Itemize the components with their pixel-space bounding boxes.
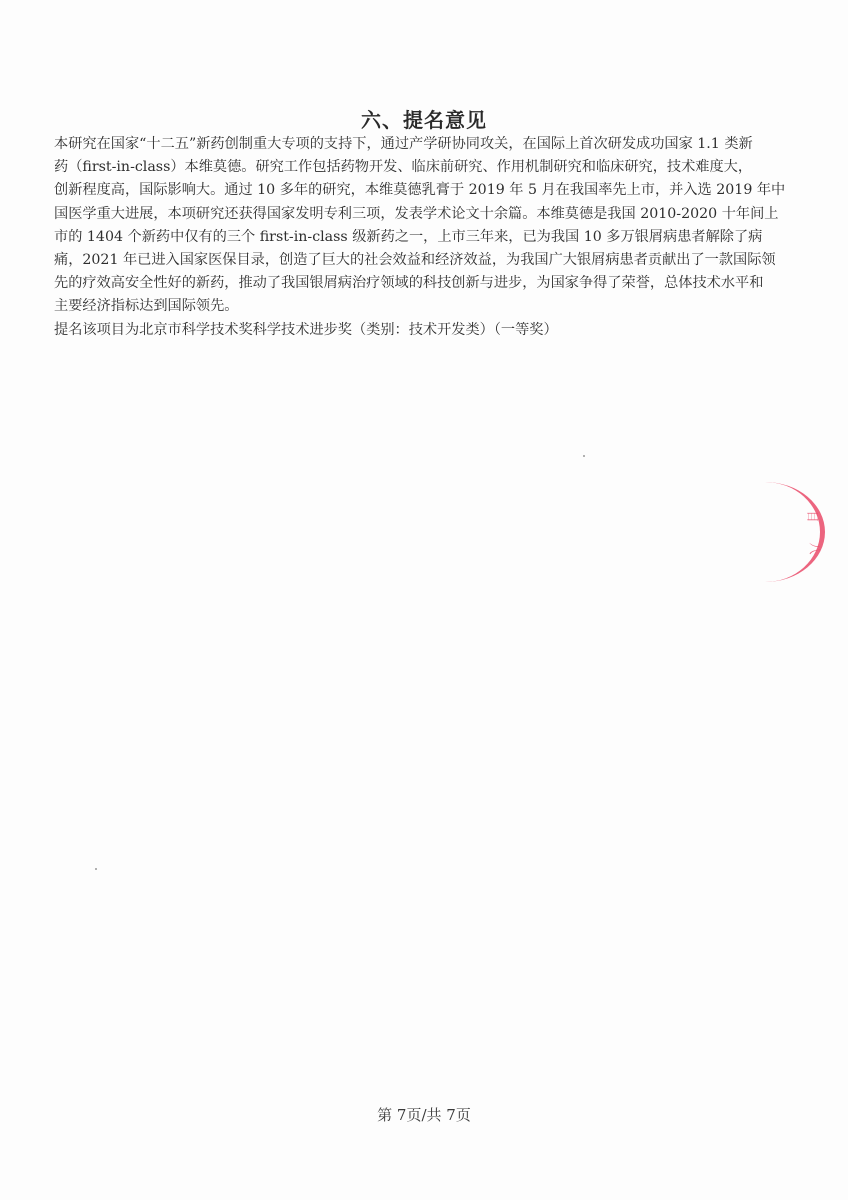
document-page: 六、提名意见 本研究在国家“十二五”新药创制重大专项的支持下，通过产学研协同攻关… [0,0,848,1200]
nomination-opinion-body: 本研究在国家“十二五”新药创制重大专项的支持下，通过产学研协同攻关，在国际上首次… [54,133,804,342]
stamp-char-1: 目 [805,510,822,522]
paragraph-line-7: 先的疗效高安全性好的新药，推动了我国银屑病治疗领域的科技创新与进步，为国家争得了… [54,272,804,295]
paragraph-line-3: 创新程度高，国际影响大。通过 10 多年的研究，本维莫德乳膏于 2019 年 5… [54,179,804,202]
section-title: 六、提名意见 [0,104,848,133]
paragraph-line-5: 市的 1404 个新药中仅有的三个 first-in-class 级新药之一，上… [54,226,804,249]
red-seal-stamp [760,482,825,582]
scan-speck [95,868,97,870]
paragraph-line-6: 痛，2021 年已进入国家医保目录，创造了巨大的社会效益和经济效益，为我国广大银… [54,249,804,272]
paragraph-line-4: 国医学重大进展，本项研究还获得国家发明专利三项，发表学术论文十余篇。本维莫德是我… [54,203,804,226]
stamp-char-2: 八 [807,542,824,554]
page-number-footer: 第 7页/共 7页 [0,1104,848,1125]
scan-speck [583,455,585,457]
paragraph-line-2: 药（first-in-class）本维莫德。研究工作包括药物开发、临床前研究、作… [54,156,804,179]
paragraph-line-8: 主要经济指标达到国际领先。 [54,295,804,318]
paragraph-line-1: 本研究在国家“十二五”新药创制重大专项的支持下，通过产学研协同攻关，在国际上首次… [54,133,804,156]
nomination-line: 提名该项目为北京市科学技术奖科学技术进步奖（类别：技术开发类）（一等奖） [54,319,804,342]
